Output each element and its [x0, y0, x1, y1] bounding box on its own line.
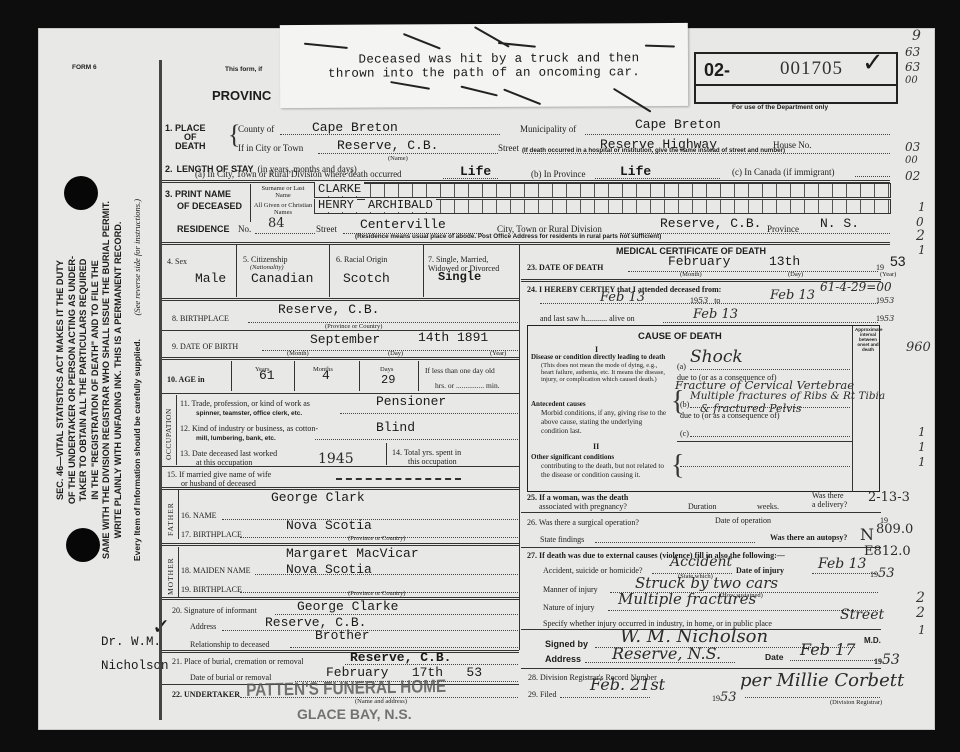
undertaker-stamp-line2: GLACE BAY, N.S. [297, 706, 412, 722]
citizenship-value: Canadian [251, 271, 313, 286]
dob-month: September [310, 332, 380, 347]
cause-of-death-title: CAUSE OF DEATH [638, 331, 722, 342]
informant-name-value: George Clarke [297, 599, 398, 614]
city-value: Reserve, C.B. [337, 138, 438, 153]
burial-place-value: Reserve, C.B. [350, 650, 451, 665]
last-saw-alive-value: Feb 13 [693, 307, 738, 322]
attached-typed-note: Deceased was hit by a truck and then thr… [280, 23, 688, 108]
pen-mark [304, 43, 348, 49]
stay-city-value: Life [460, 164, 491, 179]
department-registration-box: 02- 001705 ✓ [694, 52, 898, 104]
place-of-death-heading: 1. PLACE OF DEATH [165, 124, 206, 151]
accident-type-value: Accident [670, 554, 732, 570]
classification-code-2: E812.0 [864, 544, 911, 559]
surname-value: CLARKE [315, 182, 364, 196]
occupation-side-label: OCCUPATION [164, 408, 173, 460]
death-day-value: 13th [769, 254, 800, 269]
occupation-industry-value: Blind [376, 420, 415, 435]
last-worked-value: 1945 [318, 451, 354, 467]
pen-mark [390, 81, 430, 90]
residence-street: Centerville [360, 217, 446, 232]
mother-birthplace-value: Nova Scotia [286, 562, 372, 577]
statute-sidebar: SEC. 46—VITAL STATISTICS ACT MAKES IT TH… [55, 150, 170, 610]
age-months-value: 4 [322, 368, 330, 383]
father-name-value: George Clark [271, 490, 365, 505]
pen-mark [503, 88, 541, 105]
occupation-trade-value: Pensioner [376, 394, 446, 409]
residence-province: N. S. [820, 216, 859, 231]
dob-day-year: 14th 1891 [418, 330, 488, 345]
surname-grid: CLARKE [314, 183, 891, 198]
nature-of-injury-value: Multiple fractures [618, 590, 756, 608]
attended-margin-code: 61-4-29=00 [820, 280, 892, 294]
birthplace-value: Reserve, C.B. [278, 302, 379, 317]
registration-prefix: 02- [704, 60, 730, 81]
cause-a-value: Shock [690, 347, 743, 367]
residence-division: Reserve, C.B. [660, 216, 761, 231]
age-years-value: 61 [259, 368, 275, 383]
injury-place-value: Street [840, 607, 884, 623]
spouse-struck-line [336, 478, 461, 480]
relationship-value: Brother [315, 628, 370, 643]
pen-mark [645, 45, 675, 48]
given-names-grid: HENRYARCHIBALD [314, 199, 891, 214]
undertaker-stamp-line1: PATTEN'S FUNERAL HOME [246, 676, 446, 701]
cause-b-value: Multiple fractures of Ribs & Rt Tibia [690, 390, 885, 402]
delivery-margin-code: 2-13-3 [868, 490, 910, 505]
registrar-signature: per Millie Corbett [740, 670, 904, 691]
county-value: Cape Breton [312, 120, 398, 135]
father-birthplace-value: Nova Scotia [286, 518, 372, 533]
registration-number: 001705 [780, 58, 843, 80]
marital-status-value: Single [438, 270, 481, 284]
pen-mark [403, 33, 441, 50]
death-month-value: February [668, 254, 730, 269]
province-title: PROVINC [212, 88, 271, 103]
print-name-heading: 3. PRINT NAME OF DECEASED [165, 188, 242, 212]
given-name-1: HENRY [315, 198, 357, 212]
check-mark-icon: ✓ [862, 48, 884, 78]
department-caption: For use of the Department only [732, 104, 828, 111]
injury-date-value: Feb 13 [818, 556, 866, 572]
age-days-value: 29 [381, 373, 395, 387]
stay-province-value: Life [620, 164, 651, 179]
attended-from-value: Feb 13 [600, 290, 645, 305]
classification-code-1: 809.0 [876, 522, 913, 537]
attended-to-value: Feb 13 [770, 288, 815, 303]
autopsy-value: N [860, 525, 874, 544]
signature-date-value: Feb 17 [800, 640, 855, 659]
form-left-border [159, 60, 162, 720]
form-note: This form, if [225, 66, 262, 73]
mother-maiden-name-value: Margaret MacVicar [286, 546, 419, 561]
given-name-2: ARCHIBALD [365, 198, 436, 212]
residence-number: 84 [268, 216, 285, 231]
sex-value: Male [195, 271, 226, 286]
filed-date-value: Feb. 21st [590, 675, 665, 694]
form-number: FORM 6 [72, 64, 97, 71]
racial-origin-value: Scotch [343, 271, 390, 286]
municipality-value: Cape Breton [635, 117, 721, 132]
death-year-value: 53 [890, 253, 906, 269]
pen-mark [460, 86, 497, 97]
physician-address-value: Reserve, N.S. [612, 644, 721, 663]
